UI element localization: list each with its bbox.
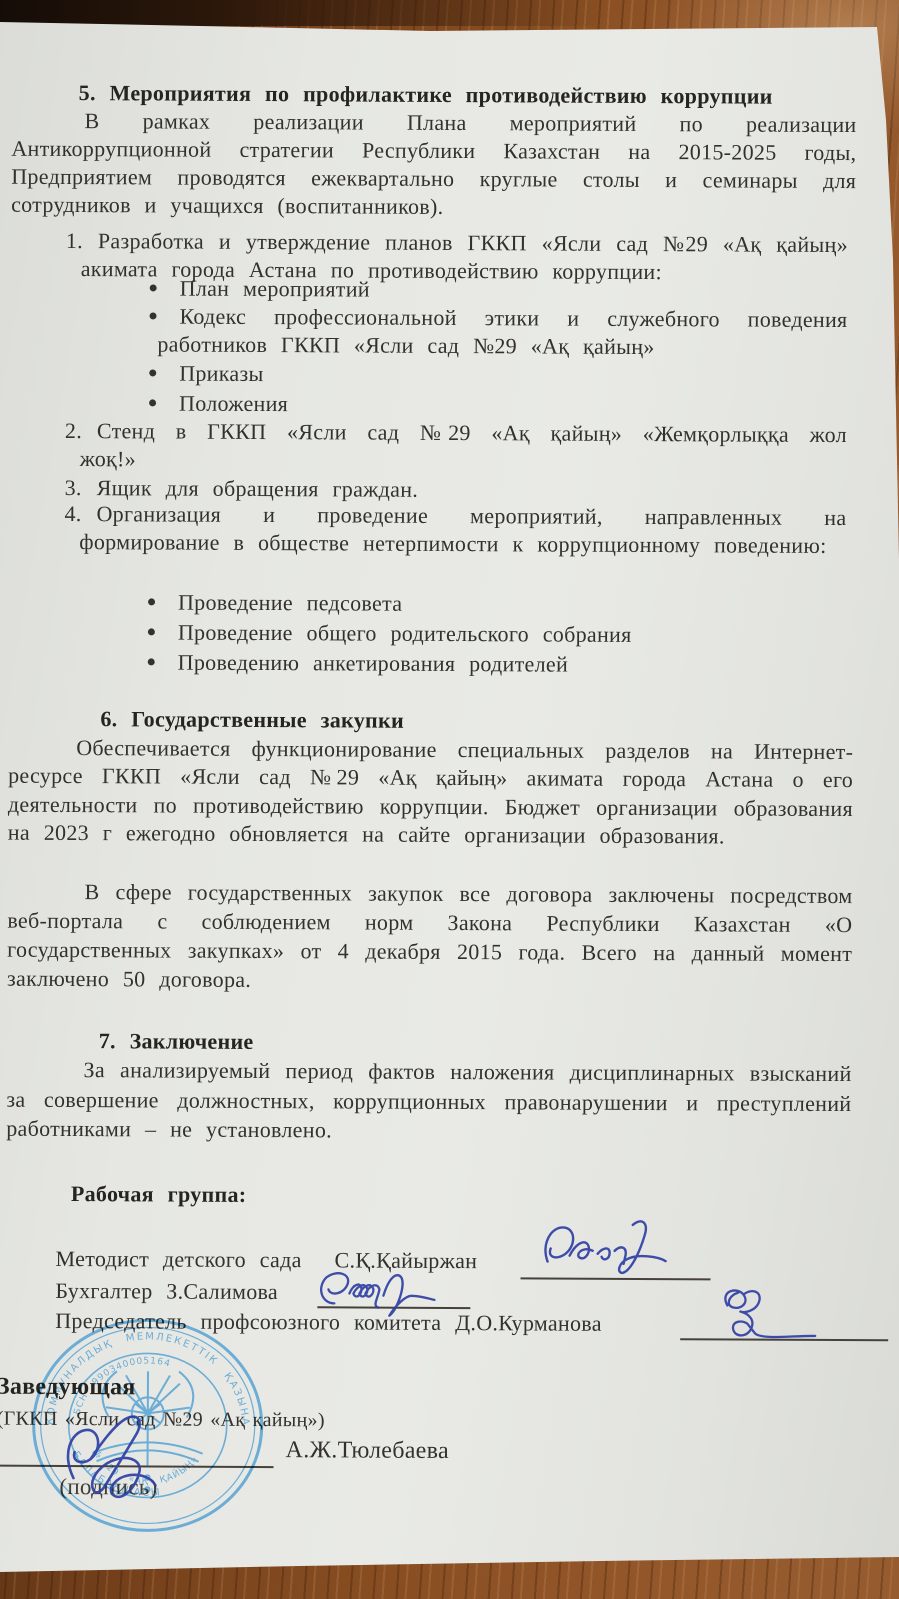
signatory-line-1: Методист детского сада — [56, 1245, 302, 1274]
signatory-line-2: Бухгалтер З.Салимова — [55, 1277, 278, 1306]
bullet-item: Проведение общего родительского собрания — [1, 617, 899, 652]
working-group-heading: Рабочая группа: — [71, 1180, 247, 1209]
list-item-text: Стенд в ГККП «Ясли сад №29 «Ақ қайың» «Ж… — [80, 417, 899, 477]
bullet-icon — [150, 284, 157, 291]
section6-paragraph-2: В сфере государственных закупок все дого… — [7, 877, 853, 997]
signature-kayyrzhan — [538, 1215, 673, 1278]
bullet-icon — [148, 598, 155, 605]
list-number: 3. — [65, 474, 82, 502]
signature-salimova — [312, 1267, 452, 1318]
bullet-text: Проведение общего родительского собрания — [156, 617, 899, 651]
bullet-icon — [149, 369, 156, 376]
list-item: 4. Организация и проведение мероприятий,… — [1, 500, 899, 561]
bullet-text: Проведению анкетирования родителей — [156, 647, 899, 681]
head-name: А.Ж.Тюлебаева — [286, 1436, 450, 1465]
section5-title: 5. Мероприятия по профилактике противоде… — [79, 79, 773, 111]
list-item-text: Организация и проведение мероприятий, на… — [79, 500, 899, 560]
bullet-icon — [148, 628, 155, 635]
signature-tyulebaeva — [41, 1406, 192, 1507]
bullet-icon — [149, 399, 156, 406]
bullet-text: Приказы — [157, 359, 899, 391]
list-item: 2. Стенд в ГККП «Ясли сад №29 «Ақ қайың»… — [2, 417, 899, 478]
bullet-icon — [150, 312, 157, 319]
document-page: 5. Мероприятия по профилактике противоде… — [0, 0, 899, 1599]
bullet-text: План мероприятий — [158, 274, 899, 306]
bullet-icon — [148, 658, 155, 665]
table-shadow — [0, 0, 640, 26]
bullet-item: Проведению анкетирования родителей — [1, 647, 899, 682]
bullet-text: Кодекс профессиональной этики и служебно… — [157, 302, 899, 362]
list-number: 1. — [66, 227, 83, 255]
photo-of-document: 5. Мероприятия по профилактике противоде… — [0, 0, 899, 1599]
bullet-item: Проведение педсовета — [1, 587, 899, 622]
section7-title: 7. Заключение — [99, 1027, 254, 1056]
section6-title: 6. Государственные закупки — [100, 705, 404, 735]
list-number: 4. — [64, 500, 81, 528]
section6-paragraph-1: Обеспечивается функционирование специаль… — [8, 734, 854, 852]
list-number: 2. — [65, 417, 82, 445]
section7-paragraph: За анализируемый период фактов наложения… — [6, 1055, 851, 1148]
bullet-text: Проведение педсовета — [156, 587, 899, 621]
section5-intro: В рамках реализации Плана мероприятий по… — [11, 107, 857, 223]
bullet-item: Приказы — [2, 359, 899, 392]
signature-kurmanova — [697, 1286, 822, 1342]
bullet-item: Кодекс профессиональной этики и служебно… — [2, 302, 899, 363]
bullet-text: Положения — [157, 389, 899, 421]
